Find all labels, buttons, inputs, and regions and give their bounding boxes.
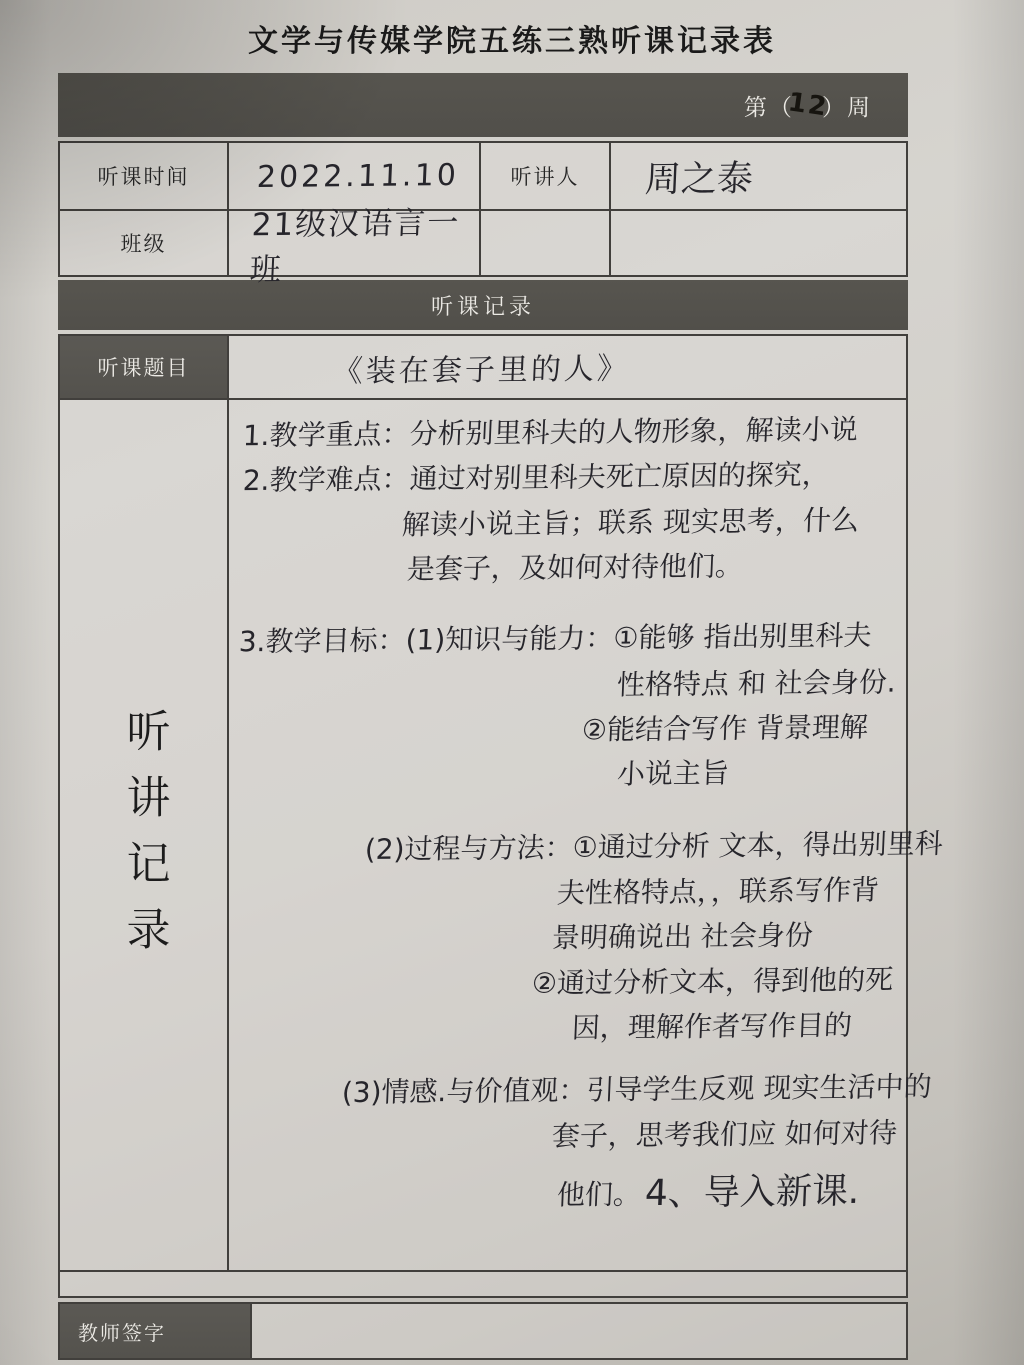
notes-content-cell: 1.教学重点：分析别里科夫的人物形象，解读小说 2.教学难点：通过对别里科夫死亡… [227,400,947,1270]
notes-side-label: 听讲记录 [122,698,166,972]
empty-spacer-row [58,1270,908,1298]
note-line: 夫性格特点，，联系写作背 [556,867,880,915]
notes-content: 1.教学重点：分析别里科夫的人物形象，解读小说 2.教学难点：通过对别里科夫死亡… [229,400,947,1225]
topic-value: 《装在套子里的人》 [227,336,906,398]
note-line: 2.教学难点：通过对别里科夫死亡原因的探究， [242,452,831,503]
note-line: 小说主旨 [616,750,730,796]
note-line: (2)过程与方法：①通过分析 文本，得出别里科 [364,821,944,872]
listener-label: 听讲人 [479,143,609,209]
empty-cell [609,209,906,275]
observation-time-label: 听课时间 [60,143,227,209]
observation-time-handwriting: 2022.11.10 [256,157,459,194]
listener-handwriting: 周之泰 [644,150,754,202]
teacher-signature-value [250,1304,906,1358]
note-line: 性格特点 和 社会身份. [616,660,897,708]
topic-handwriting: 《装在套子里的人》 [332,343,631,390]
note-line: 因，理解作者写作目的 [571,1003,853,1051]
listener-value: 周之泰 [609,143,906,209]
notes-row: 听讲记录 1.教学重点：分析别里科夫的人物形象，解读小说 2.教学难点：通过对别… [58,398,908,1272]
signature-row: 教师签字 [58,1302,908,1360]
note-line: (3)情感.与价值观：引导学生反观 现实生活中的 [341,1064,933,1115]
note-line: ②通过分析文本，得到他的死 [531,957,894,1006]
note-line: 解读小说主旨；联系 现实思考，什么 [401,498,860,548]
note-line: 是套子，及如何对待他们。 [406,543,744,592]
empty-cell [479,209,609,275]
info-grid: 听课时间 2022.11.10 听讲人 周之泰 班级 21级汉语言一班 [58,141,908,277]
note-line: 景明确说出 社会身份 [551,913,814,961]
note-line: 他们。 [556,1172,642,1218]
empty-cell [60,1272,906,1296]
topic-row: 听课题目 《装在套子里的人》 [58,334,908,400]
note-line: 3.教学目标：(1)知识与能力：①能够 指出别里科夫 [238,613,873,665]
class-handwriting: 21级汉语言一班 [249,197,481,289]
week-number-handwritten: 12 [786,87,830,122]
topic-label: 听课题目 [60,336,227,398]
record-section-header: 听课记录 [58,280,908,330]
week-header-bar: 第（12）周 [58,73,908,137]
teacher-signature-label: 教师签字 [60,1304,250,1358]
note-line: ②能结合写作 背景理解 [581,705,869,753]
note-line: 套子，思考我们应 如何对待 [551,1110,898,1159]
notes-side-label-cell: 听讲记录 [60,400,227,1270]
note-line: 1.教学重点：分析别里科夫的人物形象，解读小说 [242,407,859,458]
class-label: 班级 [60,209,227,275]
form-title: 文学与传媒学院五练三熟听课记录表 [0,16,1024,60]
class-value: 21级汉语言一班 [227,209,479,275]
note-line: 4、导入新课. [644,1166,861,1220]
record-form-table: 第（12）周 听课时间 2022.11.10 听讲人 周之泰 班级 21级汉语言… [58,73,908,1360]
